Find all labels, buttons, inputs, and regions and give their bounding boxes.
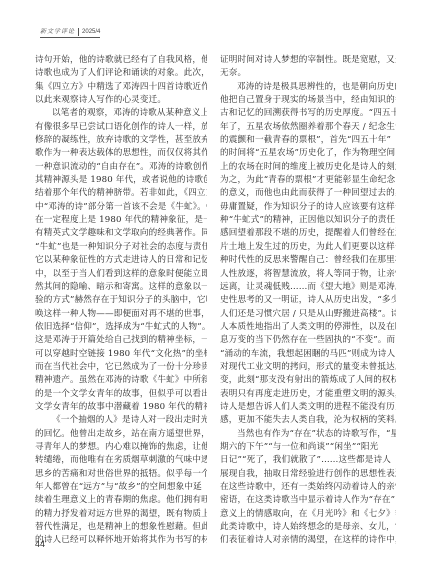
text-line: 中，以至于当人们看到这样的意象时便能立即了 xyxy=(35,268,207,281)
text-line: “涌动的车流，我想起困睏的马匹”则成为诗人 xyxy=(220,348,396,361)
text-line: 有像很多早已尝试口语化创作的诗人一样，放弃 xyxy=(35,121,207,134)
text-line: 以此来观察诗人写作的心灵变迁。 xyxy=(35,94,207,107)
text-line: 当然也有作为“存在”状态的诗歌写作，“星 xyxy=(220,428,396,441)
text-line: 期六的下午”“与一位和尚谈”“闲坐”“阳光 xyxy=(220,441,396,454)
text-line: 它以某种象征性的方式走进诗人的日常和记忆当 xyxy=(35,254,207,267)
text-line: 史性思考的又一明证，诗人从历史出发，“多少万年， xyxy=(220,294,396,307)
text-line: 的是一个文学女青年的故事，但似乎可以看出在 xyxy=(35,388,207,401)
text-line: 证明时间对诗人梦想的宰制性。既是宽慰，又是 xyxy=(220,54,396,67)
text-line: 为之，为此“青春的票根”才更能彰显生命纪念 xyxy=(220,174,396,187)
text-line: 的回忆。他曾出走故乡，站在南方遥望世界，找 xyxy=(35,428,207,441)
text-line: 的时间将“五星农场”历史化了，作为物理空间 xyxy=(220,147,396,160)
text-line: 片土地上发生过的历史，为此人们更要以这样一 xyxy=(220,241,396,254)
text-line: 古和记忆的回溯获得书写的历史厚度。“四五十 xyxy=(220,107,396,120)
text-line: 然其间的隐喻、暗示和寄寓。这样的意象以一种“先 xyxy=(35,281,207,294)
text-line: 他把自己置身于现实的场景当中，经由知识的考 xyxy=(220,94,396,107)
text-line: 感，更加不能失去人类自我，沦为权柄的笑料。 xyxy=(220,414,396,427)
text-line: 的诗人已经可以释怀地开始将其作为书写的材料， xyxy=(35,534,207,547)
text-line: 的震颤和一截青春的票根”，首先“四五十年” xyxy=(220,134,396,147)
left-column: 诗句开始，他的诗歌就已经有了自我风格，他的诗歌也成为了人们评论和诵读的对象。此次… xyxy=(35,54,207,548)
text-line: 结着那个年代的精神脐带。若非如此，《四立方》 xyxy=(35,187,207,200)
text-line: 诗歌也成为了人们评论和诵读的对象。此次，诗 xyxy=(35,67,207,80)
text-line: 寻青年人的梦想。内心难以掩饰的焦虑，让他辗 xyxy=(35,441,207,454)
text-line: 《一个抽烟的人》是诗人对一段出走时光 xyxy=(35,414,207,427)
text-line: 依旧选择“信仰”，选择成为“牛虻式的人物”。 xyxy=(35,321,207,334)
text-line: 对现代工业文明的拷问，形式的量变未曾抵达质 xyxy=(220,361,396,374)
text-line: 替代性满足，也是精神上的想象性慰藉。但此刻 xyxy=(35,521,207,534)
text-line: 人性放逐，将智慧流放，将人等同于物，让亲情 xyxy=(220,268,396,281)
text-line: 这是邓涛于开篇处给自己找到的精神坐标，一个 xyxy=(35,334,207,347)
text-line: 们表征着诗人对亲情的渴望，在这样的诗作中， xyxy=(220,534,396,547)
text-line: 人本质性地指出了人类文明的停滞性，以及在瞬 xyxy=(220,321,396,334)
text-line: 人们还是习惯穴居 / 只是从山野搬进高楼”。诗 xyxy=(220,308,396,321)
text-line: 展现自我，抽取日常经验进行创作的思想性表达， xyxy=(220,468,396,481)
text-line: 诗人是想告诉人们人类文明的进程不能没有历史 xyxy=(220,401,396,414)
text-line: 远离，让灵魂低贱……而《望大地》则是邓涛历 xyxy=(220,281,396,294)
text-line: 唤这样一种人物——即便面对再不堪的世事，也 xyxy=(35,308,207,321)
text-line: 而在当代社会中，它已然成为了一份十分珍贵的 xyxy=(35,361,207,374)
text-line: 一种意识流动的“自由存在”。邓涛的诗歌创作 xyxy=(35,161,207,174)
running-header: 新文学评论 2025/4 xyxy=(40,26,100,38)
text-line: 邓涛的诗是极具思辨性的，也是朝向历史的。 xyxy=(220,81,396,94)
text-line: 的精力抒发着对远方世界的渴望，既有物质上的 xyxy=(35,508,207,521)
text-line: 的意义，而他也由此而获得了一种回望过去的勇气。 xyxy=(220,187,396,200)
text-line: 思乡的苦痛和对世俗世界的抵牾。似乎每一个青 xyxy=(35,468,207,481)
text-line: 变，此刻“那支没有射出的箭炼成了人间的权杖”， xyxy=(220,374,396,387)
text-line: 感回望着那段不堪的历史，提醒着人们曾经在这 xyxy=(220,227,396,240)
text-line: 意义上的情感取向，在《月光吟》和《七夕》等 xyxy=(220,508,396,521)
text-line: 种时代性的反思来警醒自己：曾经我们在那里将 xyxy=(220,254,396,267)
text-line: 修辞的凝练性，放弃诗歌的文学性，甚至放弃诗 xyxy=(35,134,207,147)
text-line: 有精英式文学趣味和文学取向的经典著作。同时， xyxy=(35,227,207,240)
right-column: 证明时间对诗人梦想的宰制性。既是宽慰，又是无奈。邓涛的诗是极具思辨性的，也是朝向… xyxy=(220,54,396,548)
text-line: 此类诗歌中，诗人始终想念的是母亲、女儿，它 xyxy=(220,521,396,534)
journal-title: 新文学评论 xyxy=(40,28,79,36)
text-line: 其精神源头是 1980 年代，或者说他的诗歌创作联 xyxy=(35,174,207,187)
text-line: 年了，五星农场依然圈养着那个春天 / 纪念生命 xyxy=(220,121,396,134)
text-line: 可以穿越时空链接 1980 年代“文化热”的坐标， xyxy=(35,348,207,361)
text-line: 歌作为一种表达载体的思想性，而仅仅将其作为 xyxy=(35,147,207,160)
text-line: 年人都曾在“远方”与“故乡”的空间想象中延 xyxy=(35,481,207,494)
text-line: “牛虻”也是一种知识分子对社会的态度与责任。 xyxy=(35,241,207,254)
text-line: 验的方式”赫然存在于知识分子的头脑中，它呼 xyxy=(35,294,207,307)
issue-number: 2025/4 xyxy=(79,28,100,36)
text-line: 上的农场在时间的维度上被历史化是诗人的刻意 xyxy=(220,161,396,174)
text-line: 精神遗产。虽然在邓涛的诗歌《牛虻》中所叙写 xyxy=(35,374,207,387)
text-line: 续着生理意义上的青春期的焦虑。他们拥有旺盛 xyxy=(35,494,207,507)
text-line: 无奈。 xyxy=(220,67,396,80)
text-line: 种“牛虻式”的精神，正因他以知识分子的责任 xyxy=(220,214,396,227)
text-line: 中“邓涛的诗”部分第一首该不会是《牛虻》。《牛虻》 xyxy=(35,201,207,214)
text-line: 文学女青年的故事中潜藏着 1980 年代的精神倩影。 xyxy=(35,401,207,414)
text-line: 集《四立方》中精选了邓涛四十四首诗歌近作， xyxy=(35,81,207,94)
text-line: 毋庸置疑，作为知识分子的诗人应该要有这样一 xyxy=(220,201,396,214)
text-line: 表明只有再度走进历史，才能重塑文明的源头， xyxy=(220,388,396,401)
text-line: 密语，在这类诗歌当中显示着诗人作为“存在” xyxy=(220,494,396,507)
text-line: 日记”“死了，我们就散了”……这些都是诗人 xyxy=(220,454,396,467)
text-line: 转缱绻，而他唯有在劣质烟草刺激的气味中透离 xyxy=(35,454,207,467)
text-line: 在这些诗歌中，还有一类始终闪动着诗人的亲情 xyxy=(220,481,396,494)
text-line: 在一定程度上是 1980 年代的精神象征，是一本具 xyxy=(35,214,207,227)
text-line: 诗句开始，他的诗歌就已经有了自我风格，他的 xyxy=(35,54,207,67)
page-number: 44 xyxy=(35,539,45,549)
text-line: 以笔者的观察，邓涛的诗歌从某种意义上没 xyxy=(35,107,207,120)
text-line: 息万变的当下仍然存在一些固执的“不变”。而 xyxy=(220,334,396,347)
